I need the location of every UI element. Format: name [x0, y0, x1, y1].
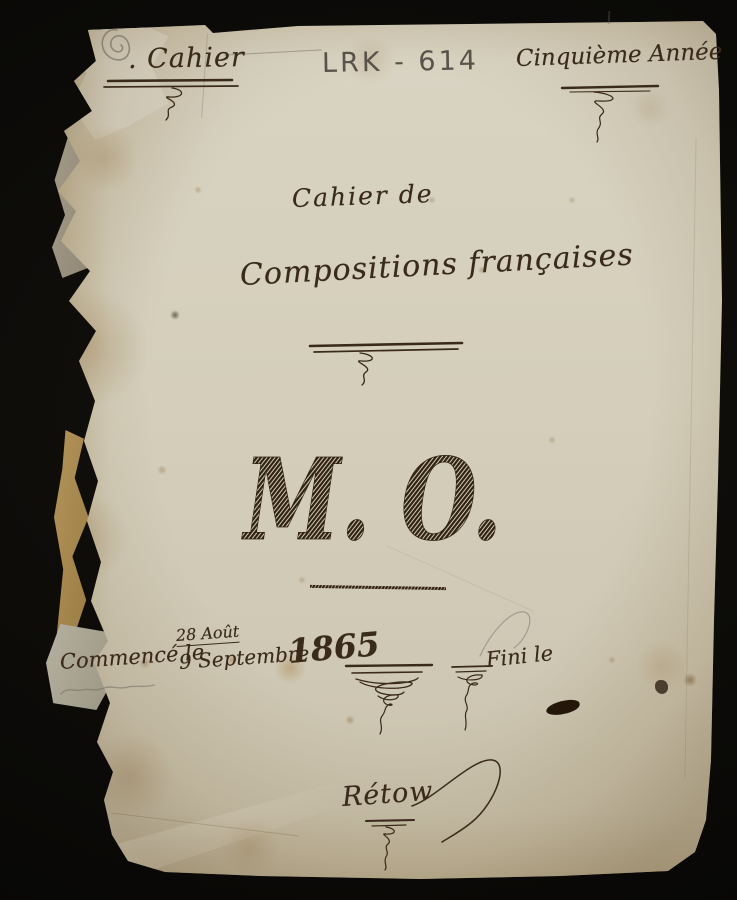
flourish-underline-icon — [100, 76, 240, 132]
fold-crease — [105, 783, 335, 875]
ink-blot — [655, 680, 668, 694]
monogram: M. O. — [232, 425, 532, 575]
flourish-underline-icon — [360, 816, 422, 872]
flourish-underline-icon — [554, 82, 666, 144]
crease-line — [684, 138, 696, 778]
monogram-text: M. O. — [241, 435, 502, 566]
tornado-flourish-icon — [446, 662, 498, 736]
title-line-1: Cahier de — [291, 179, 434, 213]
shelfmark-label: LRK - 614 — [322, 45, 479, 79]
date-above: 28 Août — [175, 622, 240, 647]
scan-background: . Cahier LRK - 614 Cinquième Année Cahie… — [0, 0, 737, 900]
signature-loop-icon — [408, 754, 518, 849]
pencil-scribble-icon — [58, 680, 158, 700]
pencil-tick — [608, 11, 611, 24]
tornado-flourish-icon — [342, 660, 437, 740]
series-label: . Cahier — [128, 42, 245, 75]
flourish-underline-icon — [304, 340, 469, 388]
